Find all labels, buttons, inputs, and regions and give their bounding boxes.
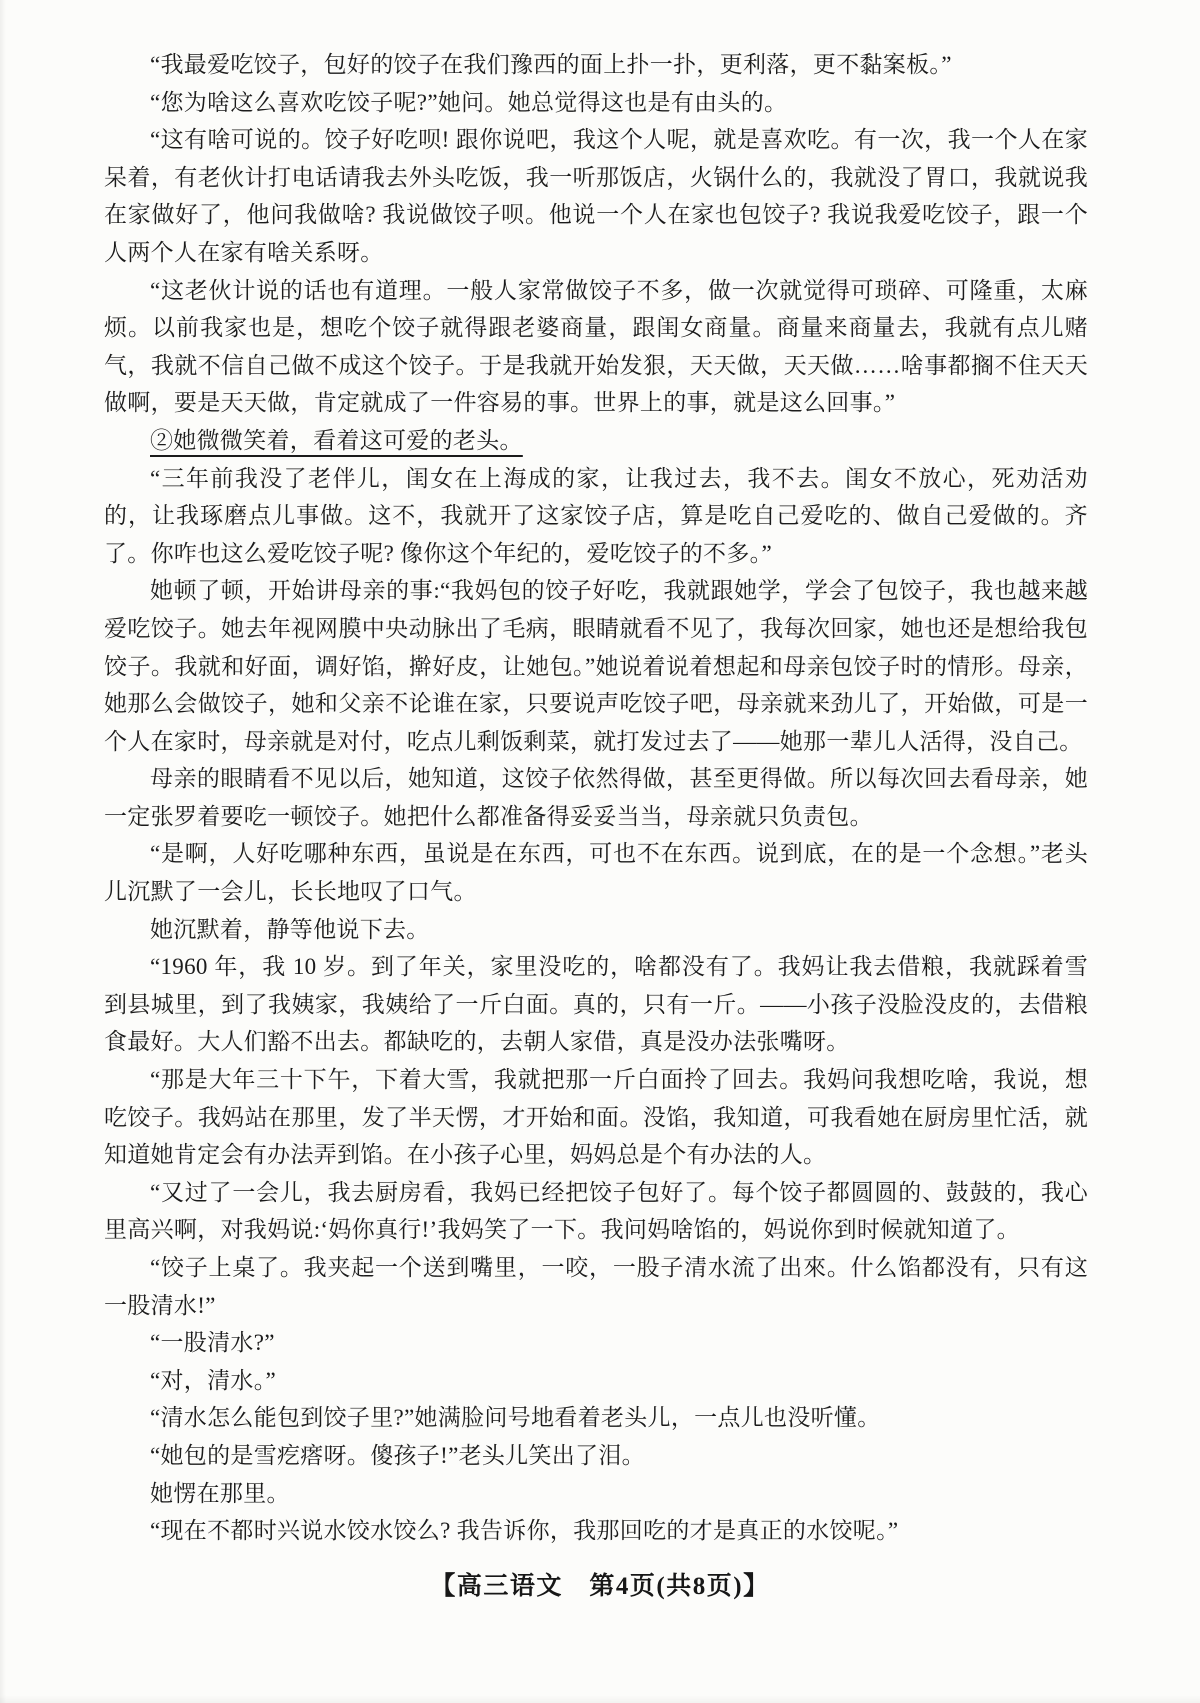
passage-paragraph: “这老伙计说的话也有道理。一般人家常做饺子不多，做一次就觉得可琐碎、可隆重，太麻… <box>104 272 1088 422</box>
passage-paragraph: “我最爱吃饺子，包好的饺子在我们豫西的面上扑一扑，更利落，更不黏案板。” <box>104 46 1088 84</box>
paragraph-text: “1960 年，我 10 岁。到了年关，家里没吃的，啥都没有了。我妈让我去借粮，… <box>104 954 1088 1054</box>
passage-paragraph: ②她微微笑着，看着这可爱的老头。 <box>104 422 1088 460</box>
passage-paragraph: “这有啥可说的。饺子好吃呗! 跟你说吧，我这个人呢，就是喜欢吃。有一次，我一个人… <box>104 121 1088 271</box>
paragraph-text: “对，清水。” <box>150 1368 276 1393</box>
passage-paragraph: “1960 年，我 10 岁。到了年关，家里没吃的，啥都没有了。我妈让我去借粮，… <box>104 948 1088 1061</box>
passage-paragraph: “三年前我没了老伴儿，闺女在上海成的家，让我过去，我不去。闺女不放心，死劝活劝的… <box>104 460 1088 573</box>
paragraph-text: “是啊，人好吃哪种东西，虽说是在东西，可也不在东西。说到底，在的是一个念想。”老… <box>104 841 1088 904</box>
paragraph-text: “又过了一会儿，我去厨房看，我妈已经把饺子包好了。每个饺子都圆圆的、鼓鼓的，我心… <box>104 1180 1088 1243</box>
exam-paper-page: “我最爱吃饺子，包好的饺子在我们豫西的面上扑一扑，更利落，更不黏案板。” “您为… <box>0 0 1200 1703</box>
passage-paragraph: “又过了一会儿，我去厨房看，我妈已经把饺子包好了。每个饺子都圆圆的、鼓鼓的，我心… <box>104 1174 1088 1249</box>
passage-paragraph: 她顿了顿，开始讲母亲的事:“我妈包的饺子好吃，我就跟她学，学会了包饺子，我也越来… <box>104 572 1088 760</box>
paragraph-text: “饺子上桌了。我夹起一个送到嘴里，一咬，一股子清水流了出來。什么馅都没有，只有这… <box>104 1255 1088 1318</box>
paragraph-text: “一股清水?” <box>150 1330 275 1355</box>
paragraph-text: “清水怎么能包到饺子里?”她满脸问号地看着老头儿，一点儿也没听懂。 <box>150 1405 881 1430</box>
paragraph-text: “三年前我没了老伴儿，闺女在上海成的家，让我过去，我不去。闺女不放心，死劝活劝的… <box>104 466 1088 566</box>
paragraph-text: 她顿了顿，开始讲母亲的事:“我妈包的饺子好吃，我就跟她学，学会了包饺子，我也越来… <box>104 578 1088 753</box>
passage-paragraph: 她愣在那里。 <box>104 1475 1088 1513</box>
passage-paragraph: “是啊，人好吃哪种东西，虽说是在东西，可也不在东西。说到底，在的是一个念想。”老… <box>104 835 1088 910</box>
page-footer: 【高三语文 第4页(共8页)】 <box>0 1566 1200 1602</box>
passage-paragraph: “一股清水?” <box>104 1324 1088 1362</box>
passage-paragraph: “对，清水。” <box>104 1362 1088 1400</box>
passage-paragraph: “那是大年三十下午，下着大雪，我就把那一斤白面拎了回去。我妈问我想吃啥，我说，想… <box>104 1061 1088 1174</box>
paragraph-text: “这老伙计说的话也有道理。一般人家常做饺子不多，做一次就觉得可琐碎、可隆重，太麻… <box>104 278 1088 416</box>
paragraph-text: “现在不都时兴说水饺水饺么? 我告诉你，我那回吃的才是真正的水饺呢。” <box>150 1518 898 1543</box>
paragraph-text: “那是大年三十下午，下着大雪，我就把那一斤白面拎了回去。我妈问我想吃啥，我说，想… <box>104 1067 1088 1167</box>
passage-paragraph: “清水怎么能包到饺子里?”她满脸问号地看着老头儿，一点儿也没听懂。 <box>104 1399 1088 1437</box>
paragraph-text: 她愣在那里。 <box>150 1481 290 1506</box>
paragraph-text: “您为啥这么喜欢吃饺子呢?”她问。她总觉得这也是有由头的。 <box>150 90 787 115</box>
paragraph-text: ②她微微笑着，看着这可爱的老头。 <box>150 428 523 453</box>
paragraph-text: “这有啥可说的。饺子好吃呗! 跟你说吧，我这个人呢，就是喜欢吃。有一次，我一个人… <box>104 127 1088 265</box>
paragraph-text: 她沉默着，静等他说下去。 <box>150 917 430 942</box>
passage-paragraph: “您为啥这么喜欢吃饺子呢?”她问。她总觉得这也是有由头的。 <box>104 84 1088 122</box>
paragraph-text: “她包的是雪疙瘩呀。傻孩子!”老头儿笑出了泪。 <box>150 1443 645 1468</box>
paragraph-text: 母亲的眼睛看不见以后，她知道，这饺子依然得做，甚至更得做。所以每次回去看母亲，她… <box>104 766 1088 829</box>
paragraph-text: “我最爱吃饺子，包好的饺子在我们豫西的面上扑一扑，更利落，更不黏案板。” <box>150 52 952 77</box>
passage-paragraph: “饺子上桌了。我夹起一个送到嘴里，一咬，一股子清水流了出來。什么馅都没有，只有这… <box>104 1249 1088 1324</box>
reading-passage: “我最爱吃饺子，包好的饺子在我们豫西的面上扑一扑，更利落，更不黏案板。” “您为… <box>104 46 1088 1550</box>
passage-paragraph: “现在不都时兴说水饺水饺么? 我告诉你，我那回吃的才是真正的水饺呢。” <box>104 1512 1088 1550</box>
passage-paragraph: 母亲的眼睛看不见以后，她知道，这饺子依然得做，甚至更得做。所以每次回去看母亲，她… <box>104 760 1088 835</box>
passage-paragraph: 她沉默着，静等他说下去。 <box>104 911 1088 949</box>
passage-paragraph: “她包的是雪疙瘩呀。傻孩子!”老头儿笑出了泪。 <box>104 1437 1088 1475</box>
